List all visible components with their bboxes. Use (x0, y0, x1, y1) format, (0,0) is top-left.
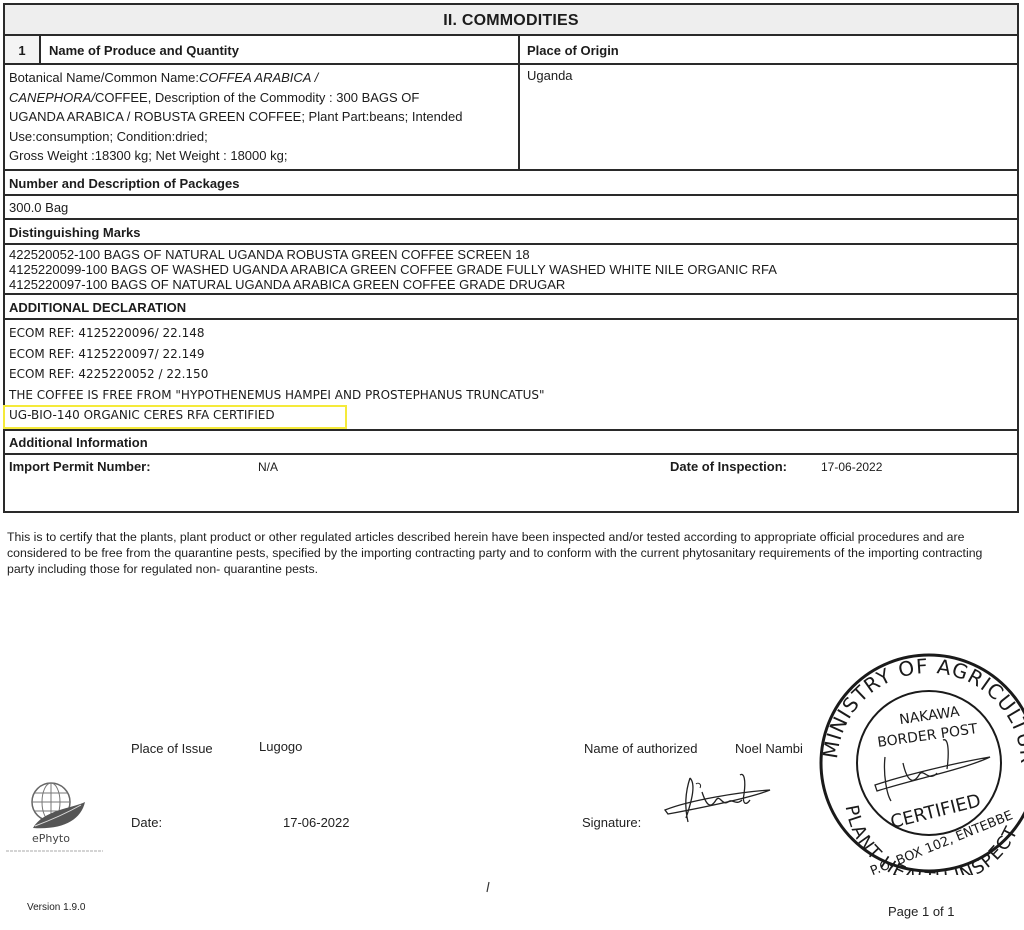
svg-text:MINISTRY OF AGRICULTURE: MINISTRY OF AGRICULTURE (815, 645, 1024, 765)
import-permit-value: N/A (258, 460, 278, 474)
certification-statement: This is to certify that the plants, plan… (7, 529, 1007, 577)
mark-line: 422520052-100 BAGS OF NATURAL UGANDA ROB… (9, 247, 1017, 262)
place-of-origin-value: Uganda (520, 65, 1017, 169)
place-of-origin-header: Place of Origin (520, 36, 1017, 63)
mark-line: 4125220099-100 BAGS OF WASHED UGANDA ARA… (9, 262, 1017, 277)
highlight-box (3, 405, 347, 429)
commodities-table: II. COMMODITIES 1 Name of Produce and Qu… (3, 3, 1019, 513)
inspection-date-value: 17-06-2022 (821, 460, 882, 474)
version-label: Version 1.9.0 (27, 902, 85, 913)
produce-name-header: Name of Produce and Quantity (41, 36, 520, 63)
description-line: Use:consumption; Condition:dried; (9, 127, 514, 147)
stray-mark (485, 880, 491, 892)
svg-text:BORDER POST: BORDER POST (876, 721, 978, 751)
description-line: Gross Weight :18300 kg; Net Weight : 180… (9, 146, 514, 166)
issue-date-label: Date: (131, 815, 162, 830)
description-line: UGANDA ARABICA / ROBUSTA GREEN COFFEE; P… (9, 107, 514, 127)
section-title: II. COMMODITIES (5, 5, 1017, 36)
svg-text:ePhyto: ePhyto (32, 832, 70, 845)
declaration-line: ECOM REF: 4125220097/ 22.149 (9, 344, 1017, 365)
commodity-number: 1 (5, 36, 41, 63)
additional-information-body: Import Permit Number: N/A Date of Inspec… (5, 455, 1017, 511)
distinguishing-marks-list: 422520052-100 BAGS OF NATURAL UGANDA ROB… (5, 245, 1017, 295)
inspection-date-label: Date of Inspection: (670, 459, 787, 474)
mark-line: 4125220097-100 BAGS OF NATURAL UGANDA AR… (9, 277, 1017, 292)
declaration-line: ECOM REF: 4225220052 / 22.150 (9, 364, 1017, 385)
description-line: CANEPHORA/COFFEE, Description of the Com… (9, 88, 514, 108)
place-of-issue-label: Place of Issue (131, 741, 213, 756)
commodity-header-row: 1 Name of Produce and Quantity Place of … (5, 36, 1017, 65)
declaration-line: THE COFFEE IS FREE FROM "HYPOTHENEMUS HA… (9, 385, 1017, 406)
distinguishing-marks-header: Distinguishing Marks (5, 220, 1017, 245)
description-line: Botanical Name/Common Name:COFFEA ARABIC… (9, 68, 514, 88)
declaration-line: ECOM REF: 4125220096/ 22.148 (9, 323, 1017, 344)
authorized-name-value: Noel Nambi (735, 741, 803, 756)
globe-leaf-icon: ePhyto (3, 780, 113, 860)
ephyto-logo: ePhyto (3, 780, 113, 860)
commodity-description: Botanical Name/Common Name:COFFEA ARABIC… (5, 65, 520, 169)
packages-value: 300.0 Bag (5, 196, 1017, 220)
additional-declaration-list: ECOM REF: 4125220096/ 22.148 ECOM REF: 4… (5, 320, 1017, 431)
import-permit-label: Import Permit Number: (9, 459, 151, 474)
official-stamp: MINISTRY OF AGRICULTURE NAKAWA BORDER PO… (815, 645, 1024, 875)
additional-information-header: Additional Information (5, 431, 1017, 455)
authorized-name-label: Name of authorized (584, 741, 697, 756)
place-of-issue-value: Lugogo (259, 739, 302, 754)
commodity-detail-row: Botanical Name/Common Name:COFFEA ARABIC… (5, 65, 1017, 171)
additional-declaration-header: ADDITIONAL DECLARATION (5, 295, 1017, 320)
packages-header: Number and Description of Packages (5, 171, 1017, 196)
page-number: Page 1 of 1 (888, 904, 955, 919)
issue-date-value: 17-06-2022 (283, 815, 350, 830)
signature-label: Signature: (582, 815, 641, 830)
signature-mark (660, 770, 785, 830)
